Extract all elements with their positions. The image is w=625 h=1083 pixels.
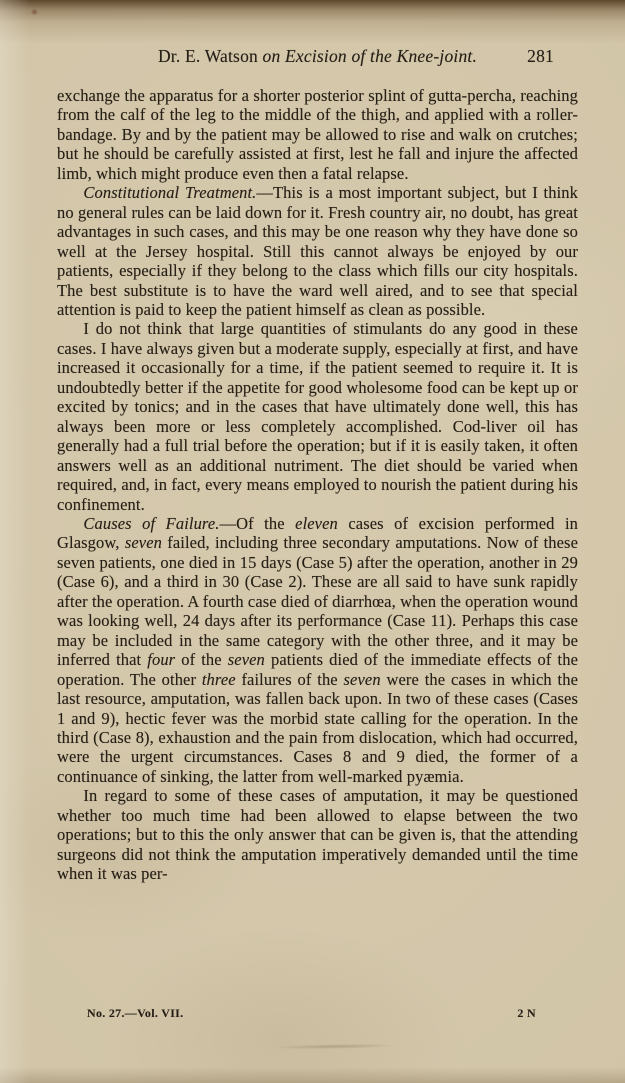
page-footer: No. 27.—Vol. VII. 2 N (57, 1006, 578, 1021)
italic-run: seven (228, 650, 265, 669)
italic-run: Constitutional Treatment. (83, 183, 256, 202)
paragraph: In regard to some of these cases of ampu… (57, 786, 578, 883)
header-author: Dr. E. Watson (158, 46, 263, 66)
italic-run: eleven (295, 514, 338, 533)
paragraph: I do not think that large quantities of … (57, 319, 578, 514)
page-bottom-edge-shadow (0, 1067, 625, 1083)
text-run: —This is a most important subject, but I… (57, 183, 578, 319)
italic-run: seven (344, 670, 381, 689)
paragraph: Constitutional Treatment.—This is a most… (57, 183, 578, 319)
ink-speck (30, 9, 39, 15)
paper-smudge (255, 1042, 415, 1052)
paragraph: Causes of Failure.—Of the eleven cases o… (57, 514, 578, 786)
page-top-edge-shadow (0, 0, 625, 44)
text-run: —Of the (219, 514, 295, 533)
paragraph: exchange the apparatus for a shorter pos… (57, 86, 578, 183)
text-run: I do not think that large quantities of … (57, 319, 578, 513)
italic-run: three (202, 670, 236, 689)
italic-run: seven (125, 533, 162, 552)
header-title: Dr. E. Watson on Excision of the Knee-jo… (158, 46, 477, 66)
page-number: 281 (527, 46, 554, 67)
text-run: exchange the apparatus for a shorter pos… (57, 86, 578, 183)
text-run: failures of the (236, 670, 344, 689)
text-run: of the (175, 650, 228, 669)
italic-run: four (147, 650, 175, 669)
italic-run: Causes of Failure. (83, 514, 219, 533)
page-left-edge-highlight (0, 0, 30, 1083)
scanned-book-page: Dr. E. Watson on Excision of the Knee-jo… (0, 0, 625, 1083)
header-title-italic: on Excision of the Knee-joint. (263, 46, 478, 66)
issue-volume-label: No. 27.—Vol. VII. (87, 1006, 183, 1021)
text-run: In regard to some of these cases of ampu… (57, 786, 578, 883)
running-header: Dr. E. Watson on Excision of the Knee-jo… (57, 46, 578, 67)
signature-mark: 2 N (517, 1006, 536, 1021)
body-text: exchange the apparatus for a shorter pos… (57, 86, 578, 884)
text-run: failed, including three secondary amputa… (57, 533, 578, 669)
